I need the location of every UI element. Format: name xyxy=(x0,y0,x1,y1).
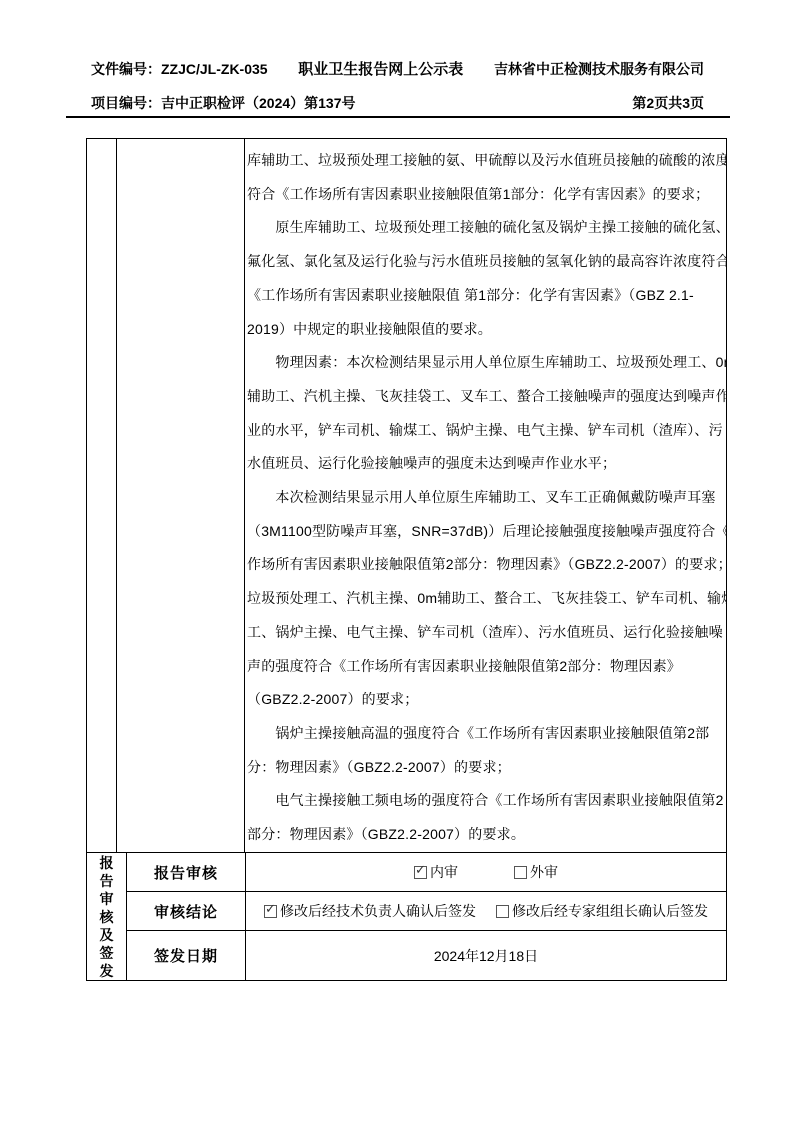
conclusion-text-block: 库辅助工、垃圾预处理工接触的氨、甲硫醇以及污水值班员接触的硫酸的浓度符合《工作场… xyxy=(245,139,726,852)
text-line: 工、锅炉主操、电气主操、铲车司机（渣库）、污水值班员、运行化验接触噪 xyxy=(247,616,724,650)
option-tech-lead-confirm: ✓修改后经技术负责人确认后签发 xyxy=(264,901,476,921)
report-review-value: ✓内审 外审 xyxy=(246,853,726,891)
text-line: 分：物理因素》（GBZ2.2-2007）的要求； xyxy=(247,751,724,785)
text-line: 2019）中规定的职业接触限值的要求。 xyxy=(247,313,724,347)
review-sign-side-label: 报告审核及签发 xyxy=(99,854,114,980)
text-line: 业的水平，铲车司机、输煤工、锅炉主操、电气主操、铲车司机（渣库）、污 xyxy=(247,414,724,448)
review-sign-section: 报告审核及签发 报告审核 ✓内审 外审 审核结论 ✓修改后经技术负责人确认后签发 xyxy=(87,853,726,980)
company-name: 吉林省中正检测技术服务有限公司 xyxy=(494,59,704,79)
text-line: 部分：物理因素》（GBZ2.2-2007）的要求。 xyxy=(247,818,724,852)
report-review-label: 报告审核 xyxy=(127,853,246,891)
document-page: 文件编号：ZZJC/JL-ZK-035 职业卫生报告网上公示表 吉林省中正检测技… xyxy=(0,0,794,1122)
header-divider xyxy=(66,116,730,118)
table-row-report-review: 报告审核 ✓内审 外审 xyxy=(127,853,726,892)
text-line: 声的强度符合《工作场所有害因素职业接触限值第2部分：物理因素》 xyxy=(247,650,724,684)
option-external-review-label: 外审 xyxy=(530,862,558,882)
check-icon: ✓ xyxy=(265,902,276,915)
option-internal-review: ✓内审 xyxy=(414,862,458,882)
option-expert-lead-confirm: 修改后经专家组组长确认后签发 xyxy=(496,901,708,921)
label-cell-empty xyxy=(117,139,245,852)
review-sign-side-cell: 报告审核及签发 xyxy=(87,853,127,980)
checkbox-checked-icon: ✓ xyxy=(414,866,427,879)
check-icon: ✓ xyxy=(415,863,426,876)
project-number-label: 项目编号： xyxy=(91,95,161,111)
option-expert-lead-confirm-label: 修改后经专家组组长确认后签发 xyxy=(512,901,708,921)
text-line: 原生库辅助工、垃圾预处理工接触的硫化氢及锅炉主操工接触的硫化氢、 xyxy=(247,211,724,245)
checkbox-checked-icon: ✓ xyxy=(264,905,277,918)
issue-date-value: 2024年12月18日 xyxy=(246,931,726,980)
text-line: 本次检测结果显示用人单位原生库辅助工、叉车工正确佩戴防噪声耳塞 xyxy=(247,481,724,515)
doc-number: 文件编号：ZZJC/JL-ZK-035 xyxy=(91,59,268,79)
text-line: （GBZ2.2-2007）的要求； xyxy=(247,683,724,717)
project-number-value: 吉中正职检评（2024）第137号 xyxy=(161,95,356,111)
doc-number-label: 文件编号： xyxy=(91,61,161,77)
page-title: 职业卫生报告网上公示表 xyxy=(298,58,463,79)
checkbox-unchecked-icon xyxy=(496,905,509,918)
text-line: 氟化氢、氯化氢及运行化验与污水值班员接触的氢氧化钠的最高容许浓度符合 xyxy=(247,245,724,279)
text-line: 物理因素：本次检测结果显示用人单位原生库辅助工、垃圾预处理工、0m xyxy=(247,346,724,380)
conclusion-section: 库辅助工、垃圾预处理工接触的氨、甲硫醇以及污水值班员接触的硫酸的浓度符合《工作场… xyxy=(87,139,726,853)
option-internal-review-label: 内审 xyxy=(430,862,458,882)
header-row-1: 文件编号：ZZJC/JL-ZK-035 职业卫生报告网上公示表 吉林省中正检测技… xyxy=(91,58,704,79)
text-line: 作场所有害因素职业接触限值第2部分：物理因素》（GBZ2.2-2007）的要求； xyxy=(247,548,724,582)
text-line: 《工作场所有害因素职业接触限值 第1部分：化学有害因素》（GBZ 2.1- xyxy=(247,279,724,313)
text-line: 辅助工、汽机主操、飞灰挂袋工、叉车工、螯合工接触噪声的强度达到噪声作 xyxy=(247,380,724,414)
report-table: 库辅助工、垃圾预处理工接触的氨、甲硫醇以及污水值班员接触的硫酸的浓度符合《工作场… xyxy=(86,138,727,981)
page-indicator: 第2页共3页 xyxy=(632,93,704,113)
text-line: （3M1100型防噪声耳塞，SNR=37dB)）后理论接触强度接触噪声强度符合《… xyxy=(247,515,724,549)
text-line: 电气主操接触工频电场的强度符合《工作场所有害因素职业接触限值第2 xyxy=(247,784,724,818)
text-line: 垃圾预处理工、汽机主操、0m辅助工、螯合工、飞灰挂袋工、铲车司机、输煤 xyxy=(247,582,724,616)
checkbox-unchecked-icon xyxy=(514,866,527,879)
issue-date-label: 签发日期 xyxy=(127,931,246,980)
header-row-2: 项目编号：吉中正职检评（2024）第137号 第2页共3页 xyxy=(91,93,704,113)
review-conclusion-label: 审核结论 xyxy=(127,892,246,930)
review-conclusion-value: ✓修改后经技术负责人确认后签发 修改后经专家组组长确认后签发 xyxy=(246,892,726,930)
doc-number-value: ZZJC/JL-ZK-035 xyxy=(161,61,268,77)
option-external-review: 外审 xyxy=(514,862,558,882)
text-line: 锅炉主操接触高温的强度符合《工作场所有害因素职业接触限值第2部 xyxy=(247,717,724,751)
text-line: 库辅助工、垃圾预处理工接触的氨、甲硫醇以及污水值班员接触的硫酸的浓度 xyxy=(247,144,724,178)
project-number: 项目编号：吉中正职检评（2024）第137号 xyxy=(91,93,356,113)
text-line: 水值班员、运行化验接触噪声的强度未达到噪声作业水平； xyxy=(247,447,724,481)
row-header-cell-empty xyxy=(87,139,117,852)
table-row-issue-date: 签发日期 2024年12月18日 xyxy=(127,931,726,980)
option-tech-lead-confirm-label: 修改后经技术负责人确认后签发 xyxy=(280,901,476,921)
text-line: 符合《工作场所有害因素职业接触限值第1部分：化学有害因素》的要求； xyxy=(247,178,724,212)
review-rows: 报告审核 ✓内审 外审 审核结论 ✓修改后经技术负责人确认后签发 修改后经专家组… xyxy=(127,853,726,980)
table-row-review-conclusion: 审核结论 ✓修改后经技术负责人确认后签发 修改后经专家组组长确认后签发 xyxy=(127,892,726,931)
